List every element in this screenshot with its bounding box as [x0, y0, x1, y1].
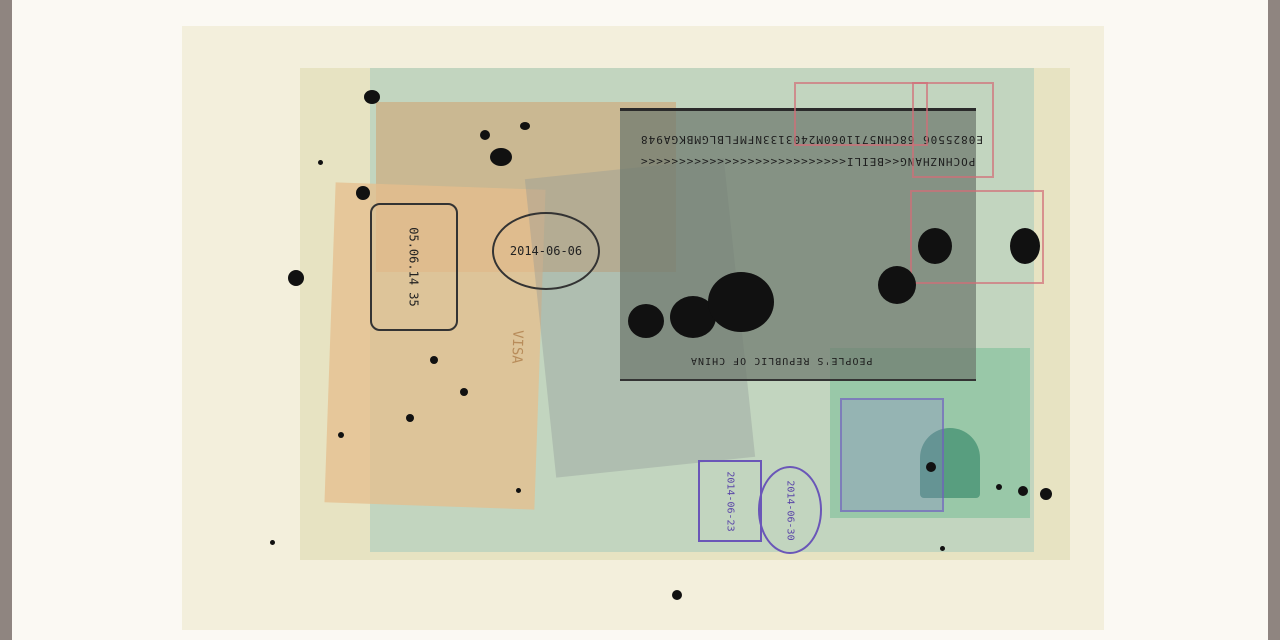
purple-square-stamp-text: 2014-06-23: [725, 471, 736, 531]
red-stamp-top: [794, 82, 928, 146]
ink-dot: [270, 540, 275, 545]
entry-stamp-black: 05.06.14 35: [370, 203, 458, 331]
ink-dot: [406, 414, 414, 422]
visa-label: VISA: [509, 330, 526, 364]
ink-dot: [364, 90, 380, 104]
ink-dot: [520, 122, 530, 130]
ink-dot: [1040, 488, 1052, 500]
ink-dot: [356, 186, 370, 200]
ink-dot: [430, 356, 438, 364]
ink-dot: [460, 388, 468, 396]
passport-caption: PEOPLE'S REPUBLIC OF CHINA: [690, 355, 873, 366]
ink-dot: [1018, 486, 1028, 496]
ink-dot: [480, 130, 490, 140]
oval-stamp-purple: 2014-06-30: [758, 466, 822, 554]
ink-dot: [318, 160, 323, 165]
ink-blot: [490, 148, 512, 166]
ink-blot: [1010, 228, 1040, 264]
oval-stamp-black: 2014-06-06: [492, 212, 600, 290]
ink-dot: [940, 546, 945, 551]
ink-blot: [918, 228, 952, 264]
ink-dot: [926, 462, 936, 472]
ink-dot: [996, 484, 1002, 490]
ink-dot: [672, 590, 682, 600]
ink-blot: [628, 304, 664, 338]
ink-blot: [708, 272, 774, 332]
oval-stamp-text: 2014-06-06: [510, 244, 582, 258]
entry-stamp-text: 05.06.14 35: [407, 227, 421, 306]
square-stamp-purple: 2014-06-23: [698, 460, 762, 542]
ink-dot: [338, 432, 344, 438]
purple-oval-stamp-text: 2014-06-30: [785, 480, 796, 540]
ink-dot: [516, 488, 521, 493]
ink-blot: [878, 266, 916, 304]
purple-visa-box: [840, 398, 944, 512]
ink-dot: [288, 270, 304, 286]
